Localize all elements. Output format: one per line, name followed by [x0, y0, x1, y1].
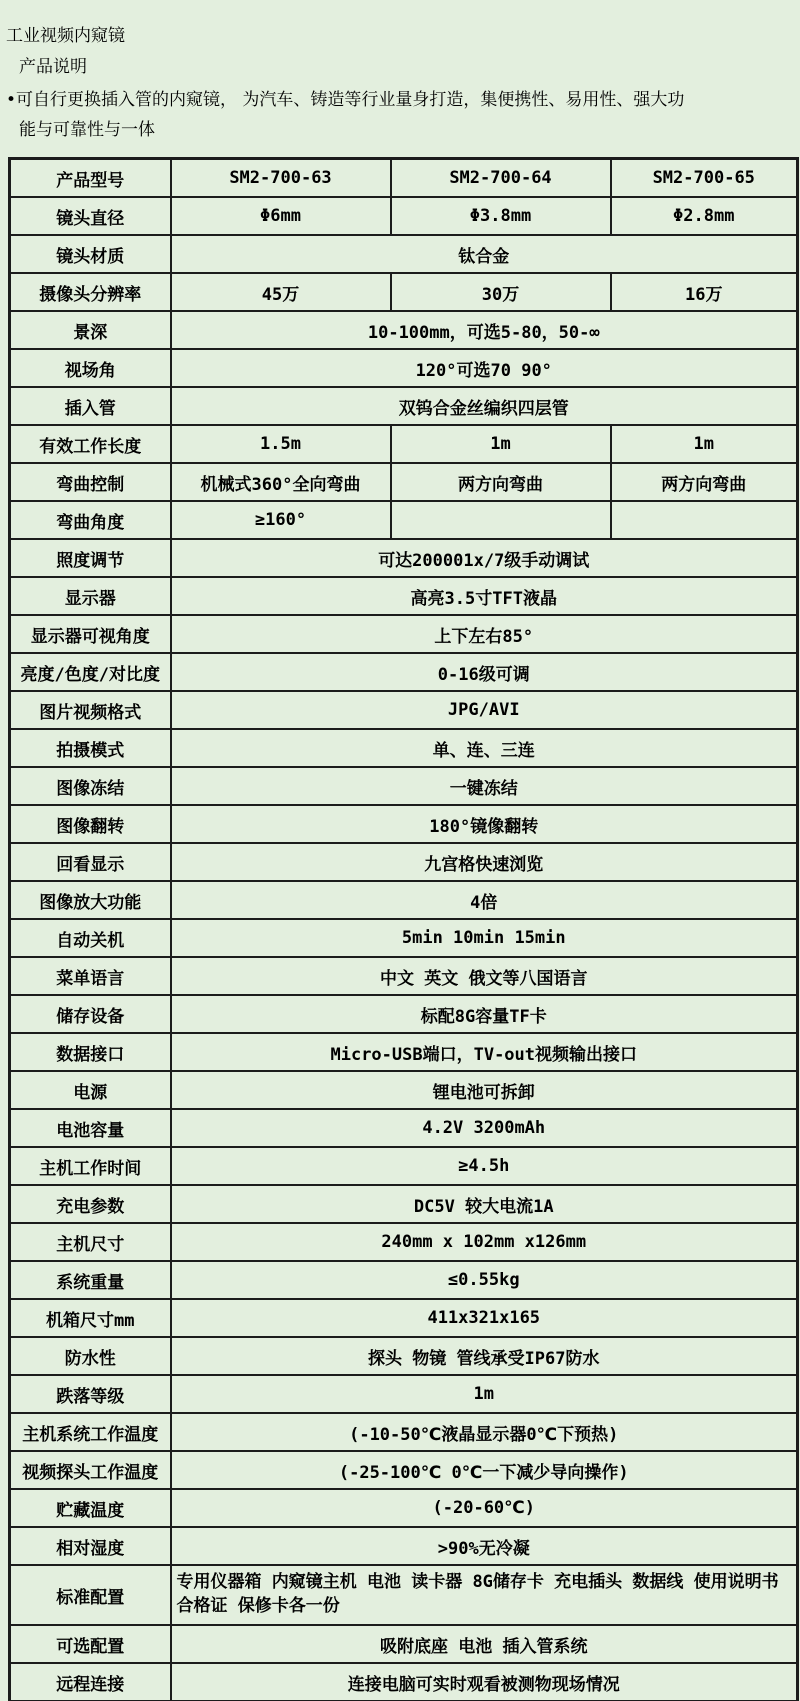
spec-label-cell: 图像翻转	[10, 805, 171, 843]
spec-value-cell: 专用仪器箱 内窥镜主机 电池 读卡器 8G储存卡 充电插头 数据线 使用说明书 …	[171, 1565, 798, 1625]
table-row: 主机工作时间≥4.5h	[10, 1147, 798, 1185]
table-row: 景深10-100mm，可选5-80，50-∞	[10, 311, 798, 349]
table-row: 弯曲角度≥160°	[10, 501, 798, 539]
spec-value-cell: SM2-700-63	[171, 159, 391, 198]
table-row: 视场角120°可选70 90°	[10, 349, 798, 387]
spec-label-cell: 菜单语言	[10, 957, 171, 995]
spec-label-cell: 系统重量	[10, 1261, 171, 1299]
spec-value-cell: 双钨合金丝编织四层管	[171, 387, 798, 425]
table-row: 标准配置专用仪器箱 内窥镜主机 电池 读卡器 8G储存卡 充电插头 数据线 使用…	[10, 1565, 798, 1625]
table-row: 视频探头工作温度(-25-100℃ 0℃一下减少导向操作)	[10, 1451, 798, 1489]
spec-value-cell: 1m	[611, 425, 798, 463]
table-row: 电源锂电池可拆卸	[10, 1071, 798, 1109]
spec-value-cell: 0-16级可调	[171, 653, 798, 691]
table-row: 有效工作长度1.5m1m1m	[10, 425, 798, 463]
spec-label-cell: 镜头直径	[10, 197, 171, 235]
spec-label-cell: 产品型号	[10, 159, 171, 198]
spec-label-cell: 可选配置	[10, 1625, 171, 1663]
table-row: 产品型号SM2-700-63SM2-700-64SM2-700-65	[10, 159, 798, 198]
spec-value-cell: 两方向弯曲	[391, 463, 611, 501]
spec-label-cell: 景深	[10, 311, 171, 349]
spec-label-cell: 有效工作长度	[10, 425, 171, 463]
spec-value-cell: (-10-50℃液晶显示器0℃下预热)	[171, 1413, 798, 1451]
spec-value-cell: Micro-USB端口，TV-out视频输出接口	[171, 1033, 798, 1071]
spec-label-cell: 自动关机	[10, 919, 171, 957]
spec-label-cell: 贮藏温度	[10, 1489, 171, 1527]
spec-value-cell: 机械式360°全向弯曲	[171, 463, 391, 501]
spec-label-cell: 标准配置	[10, 1565, 171, 1625]
spec-value-cell: 10-100mm，可选5-80，50-∞	[171, 311, 798, 349]
spec-label-cell: 储存设备	[10, 995, 171, 1033]
spec-label-cell: 视场角	[10, 349, 171, 387]
table-row: 可选配置吸附底座 电池 插入管系统	[10, 1625, 798, 1663]
table-row: 显示器高亮3.5寸TFT液晶	[10, 577, 798, 615]
spec-label-cell: 主机系统工作温度	[10, 1413, 171, 1451]
spec-value-cell	[611, 501, 798, 539]
spec-value-cell: 4倍	[171, 881, 798, 919]
spec-value-cell: 4.2V 3200mAh	[171, 1109, 798, 1147]
table-row: 图像翻转180°镜像翻转	[10, 805, 798, 843]
table-row: 弯曲控制机械式360°全向弯曲两方向弯曲两方向弯曲	[10, 463, 798, 501]
page-title: 工业视频内窥镜	[6, 26, 792, 46]
table-row: 远程连接连接电脑可实时观看被测物现场情况	[10, 1663, 798, 1701]
table-row: 显示器可视角度上下左右85°	[10, 615, 798, 653]
table-row: 图像冻结一键冻结	[10, 767, 798, 805]
spec-label-cell: 图片视频格式	[10, 691, 171, 729]
spec-label-cell: 图像冻结	[10, 767, 171, 805]
spec-value-cell: JPG/AVI	[171, 691, 798, 729]
table-row: 拍摄模式单、连、三连	[10, 729, 798, 767]
table-row: 主机系统工作温度(-10-50℃液晶显示器0℃下预热)	[10, 1413, 798, 1451]
spec-value-cell: ≥4.5h	[171, 1147, 798, 1185]
table-row: 菜单语言中文 英文 俄文等八国语言	[10, 957, 798, 995]
spec-label-cell: 主机工作时间	[10, 1147, 171, 1185]
spec-value-cell: 1.5m	[171, 425, 391, 463]
spec-label-cell: 数据接口	[10, 1033, 171, 1071]
spec-value-cell: 180°镜像翻转	[171, 805, 798, 843]
table-row: 摄像头分辨率45万30万16万	[10, 273, 798, 311]
table-row: 图像放大功能4倍	[10, 881, 798, 919]
table-row: 电池容量4.2V 3200mAh	[10, 1109, 798, 1147]
spec-label-cell: 摄像头分辨率	[10, 273, 171, 311]
spec-value-cell: 45万	[171, 273, 391, 311]
table-row: 镜头材质钛合金	[10, 235, 798, 273]
spec-value-cell: 两方向弯曲	[611, 463, 798, 501]
spec-value-cell: 1m	[171, 1375, 798, 1413]
spec-value-cell: 240mm x 102mm x126mm	[171, 1223, 798, 1261]
spec-label-cell: 弯曲角度	[10, 501, 171, 539]
spec-label-cell: 远程连接	[10, 1663, 171, 1701]
spec-value-cell: 单、连、三连	[171, 729, 798, 767]
spec-value-cell: 连接电脑可实时观看被测物现场情况	[171, 1663, 798, 1701]
spec-value-cell: SM2-700-64	[391, 159, 611, 198]
page-subtitle: 产品说明	[19, 57, 792, 77]
spec-value-cell: SM2-700-65	[611, 159, 798, 198]
spec-value-cell: Φ3.8mm	[391, 197, 611, 235]
spec-value-cell	[391, 501, 611, 539]
spec-value-cell: 探头 物镜 管线承受IP67防水	[171, 1337, 798, 1375]
spec-value-cell: (-20-60℃)	[171, 1489, 798, 1527]
spec-value-cell: Φ2.8mm	[611, 197, 798, 235]
table-row: 相对湿度>90%无冷凝	[10, 1527, 798, 1565]
table-row: 镜头直径Φ6mmΦ3.8mmΦ2.8mm	[10, 197, 798, 235]
product-description-line-2: 能与可靠性与一体	[19, 115, 792, 145]
spec-value-cell: 吸附底座 电池 插入管系统	[171, 1625, 798, 1663]
table-row: 防水性探头 物镜 管线承受IP67防水	[10, 1337, 798, 1375]
spec-label-cell: 亮度/色度/对比度	[10, 653, 171, 691]
table-row: 照度调节可达200001x/7级手动调试	[10, 539, 798, 577]
spec-label-cell: 镜头材质	[10, 235, 171, 273]
table-row: 自动关机5min 10min 15min	[10, 919, 798, 957]
spec-value-cell: 16万	[611, 273, 798, 311]
table-row: 贮藏温度(-20-60℃)	[10, 1489, 798, 1527]
spec-label-cell: 主机尺寸	[10, 1223, 171, 1261]
table-row: 亮度/色度/对比度0-16级可调	[10, 653, 798, 691]
spec-table-body: 产品型号SM2-700-63SM2-700-64SM2-700-65镜头直径Φ6…	[10, 159, 798, 1701]
spec-label-cell: 相对湿度	[10, 1527, 171, 1565]
table-row: 充电参数DC5V 较大电流1A	[10, 1185, 798, 1223]
spec-label-cell: 弯曲控制	[10, 463, 171, 501]
table-row: 回看显示九宫格快速浏览	[10, 843, 798, 881]
table-row: 插入管双钨合金丝编织四层管	[10, 387, 798, 425]
spec-label-cell: 拍摄模式	[10, 729, 171, 767]
spec-value-cell: 30万	[391, 273, 611, 311]
table-row: 主机尺寸240mm x 102mm x126mm	[10, 1223, 798, 1261]
page-header: 工业视频内窥镜 产品说明 •可自行更换插入管的内窥镜， 为汽车、铸造等行业量身打…	[0, 0, 800, 145]
spec-value-cell: 标配8G容量TF卡	[171, 995, 798, 1033]
spec-label-cell: 插入管	[10, 387, 171, 425]
spec-value-cell: 411x321x165	[171, 1299, 798, 1337]
table-row: 跌落等级1m	[10, 1375, 798, 1413]
spec-label-cell: 机箱尺寸mm	[10, 1299, 171, 1337]
spec-label-cell: 防水性	[10, 1337, 171, 1375]
spec-value-cell: 可达200001x/7级手动调试	[171, 539, 798, 577]
table-row: 储存设备标配8G容量TF卡	[10, 995, 798, 1033]
spec-value-cell: 中文 英文 俄文等八国语言	[171, 957, 798, 995]
table-row: 机箱尺寸mm411x321x165	[10, 1299, 798, 1337]
spec-label-cell: 电池容量	[10, 1109, 171, 1147]
spec-value-cell: Φ6mm	[171, 197, 391, 235]
spec-value-cell: 一键冻结	[171, 767, 798, 805]
spec-value-cell: 锂电池可拆卸	[171, 1071, 798, 1109]
spec-label-cell: 回看显示	[10, 843, 171, 881]
spec-label-cell: 照度调节	[10, 539, 171, 577]
spec-label-cell: 跌落等级	[10, 1375, 171, 1413]
spec-value-cell: ≥160°	[171, 501, 391, 539]
product-description-line-1: •可自行更换插入管的内窥镜， 为汽车、铸造等行业量身打造，集便携性、易用性、强大…	[6, 85, 792, 115]
spec-label-cell: 显示器	[10, 577, 171, 615]
spec-value-cell: ≤0.55kg	[171, 1261, 798, 1299]
spec-label-cell: 充电参数	[10, 1185, 171, 1223]
table-row: 图片视频格式JPG/AVI	[10, 691, 798, 729]
table-row: 数据接口Micro-USB端口，TV-out视频输出接口	[10, 1033, 798, 1071]
spec-value-cell: DC5V 较大电流1A	[171, 1185, 798, 1223]
spec-value-cell: 上下左右85°	[171, 615, 798, 653]
product-description: •可自行更换插入管的内窥镜， 为汽车、铸造等行业量身打造，集便携性、易用性、强大…	[6, 85, 792, 145]
spec-label-cell: 视频探头工作温度	[10, 1451, 171, 1489]
spec-value-cell: 九宫格快速浏览	[171, 843, 798, 881]
spec-value-cell: 120°可选70 90°	[171, 349, 798, 387]
spec-value-cell: (-25-100℃ 0℃一下减少导向操作)	[171, 1451, 798, 1489]
spec-value-cell: 1m	[391, 425, 611, 463]
spec-value-cell: 钛合金	[171, 235, 798, 273]
spec-label-cell: 显示器可视角度	[10, 615, 171, 653]
spec-value-cell: 高亮3.5寸TFT液晶	[171, 577, 798, 615]
table-row: 系统重量≤0.55kg	[10, 1261, 798, 1299]
spec-label-cell: 电源	[10, 1071, 171, 1109]
spec-value-cell: 5min 10min 15min	[171, 919, 798, 957]
spec-label-cell: 图像放大功能	[10, 881, 171, 919]
spec-value-cell: >90%无冷凝	[171, 1527, 798, 1565]
spec-table: 产品型号SM2-700-63SM2-700-64SM2-700-65镜头直径Φ6…	[8, 157, 799, 1701]
